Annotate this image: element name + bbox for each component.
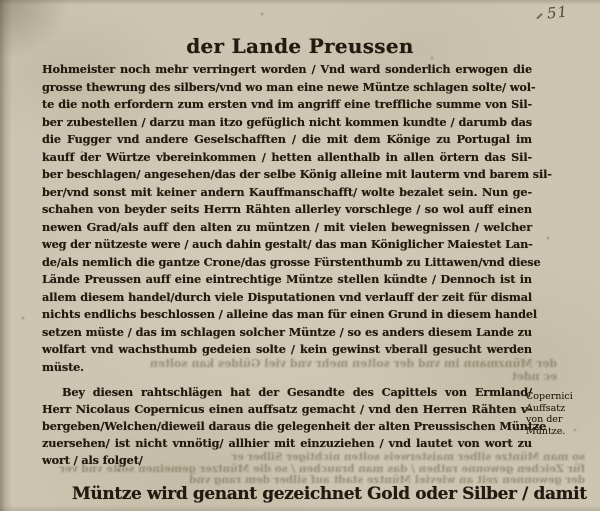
text-line: zuersehen/ ist nicht vnnötig/ allhier mi… [42, 435, 532, 452]
text-line: ber beschlagen/ angesehen/das der selbe … [42, 166, 532, 184]
text-line: schahen von beyder seits Herrn Rähten al… [42, 201, 532, 219]
ink-flourish-mark [536, 13, 542, 19]
page-number-text: 51 [546, 2, 569, 22]
text-line: wolfart vnd wachsthumb gedeien solte / k… [42, 341, 532, 359]
text-line: Lände Preussen auff eine eintrechtige Mü… [42, 271, 532, 289]
text-line: newen Grad/als auff den alten zu müntzen… [42, 219, 532, 237]
text-line: nichts endlichs beschlossen / alleine da… [42, 306, 532, 324]
text-line: bergeben/Welchen/dieweil daraus die gele… [42, 418, 532, 435]
margin-note-line: Müntze. [526, 426, 592, 438]
text-line: setzen müste / das im schlagen solcher M… [42, 324, 532, 342]
bottom-edge-shadow [0, 505, 600, 511]
text-line: allem diesem handel/durch viele Disputat… [42, 289, 532, 307]
text-line: grosse thewrung des silbers/vnd wo man e… [42, 79, 532, 97]
text-line: ber/vnd sonst mit keiner andern Kauffman… [42, 184, 532, 202]
text-line: Herr Nicolaus Copernicus einen auffsatz … [42, 401, 532, 418]
text-line: kauff der Würtze vbereinkommen / hetten … [42, 149, 532, 167]
handwritten-page-number: 51 [537, 2, 569, 23]
text-line: de/als nemlich die gantze Crone/das gros… [42, 254, 532, 272]
margin-note-line: von der [526, 414, 592, 426]
margin-note-line: Copernici [526, 391, 592, 403]
top-edge-shadow [0, 0, 600, 5]
left-edge-shadow [0, 0, 12, 511]
margin-note-copernicus: Copernici Auffsatz von der Müntze. [526, 391, 592, 437]
text-line: wort / als folget/ [42, 452, 532, 469]
book-page-scan: der Münzmann im vnd der solten mehr vnd … [0, 0, 600, 511]
section-heading: Müntze wird genant gezeichnet Gold oder … [72, 484, 592, 504]
running-title: der Lande Preussen [0, 34, 600, 58]
text-line: weg der nützeste were / auch dahin gesta… [42, 236, 532, 254]
main-text-paragraph-1: Hohmeister noch mehr verringert worden /… [42, 61, 532, 376]
text-line: die Fugger vnd andere Geselschafften / d… [42, 131, 532, 149]
text-line: te die noth erfordern zum ersten vnd im … [42, 96, 532, 114]
margin-note-line: Auffsatz [526, 403, 592, 415]
text-line: Hohmeister noch mehr verringert worden /… [42, 61, 532, 79]
main-text-paragraph-2: Bey diesen rahtschlägen hat der Gesandte… [42, 384, 532, 469]
text-line: Bey diesen rahtschlägen hat der Gesandte… [42, 384, 532, 401]
text-line: ber zubestellen / darzu man itzo gefügli… [42, 114, 532, 132]
text-line: müste. [42, 359, 532, 377]
